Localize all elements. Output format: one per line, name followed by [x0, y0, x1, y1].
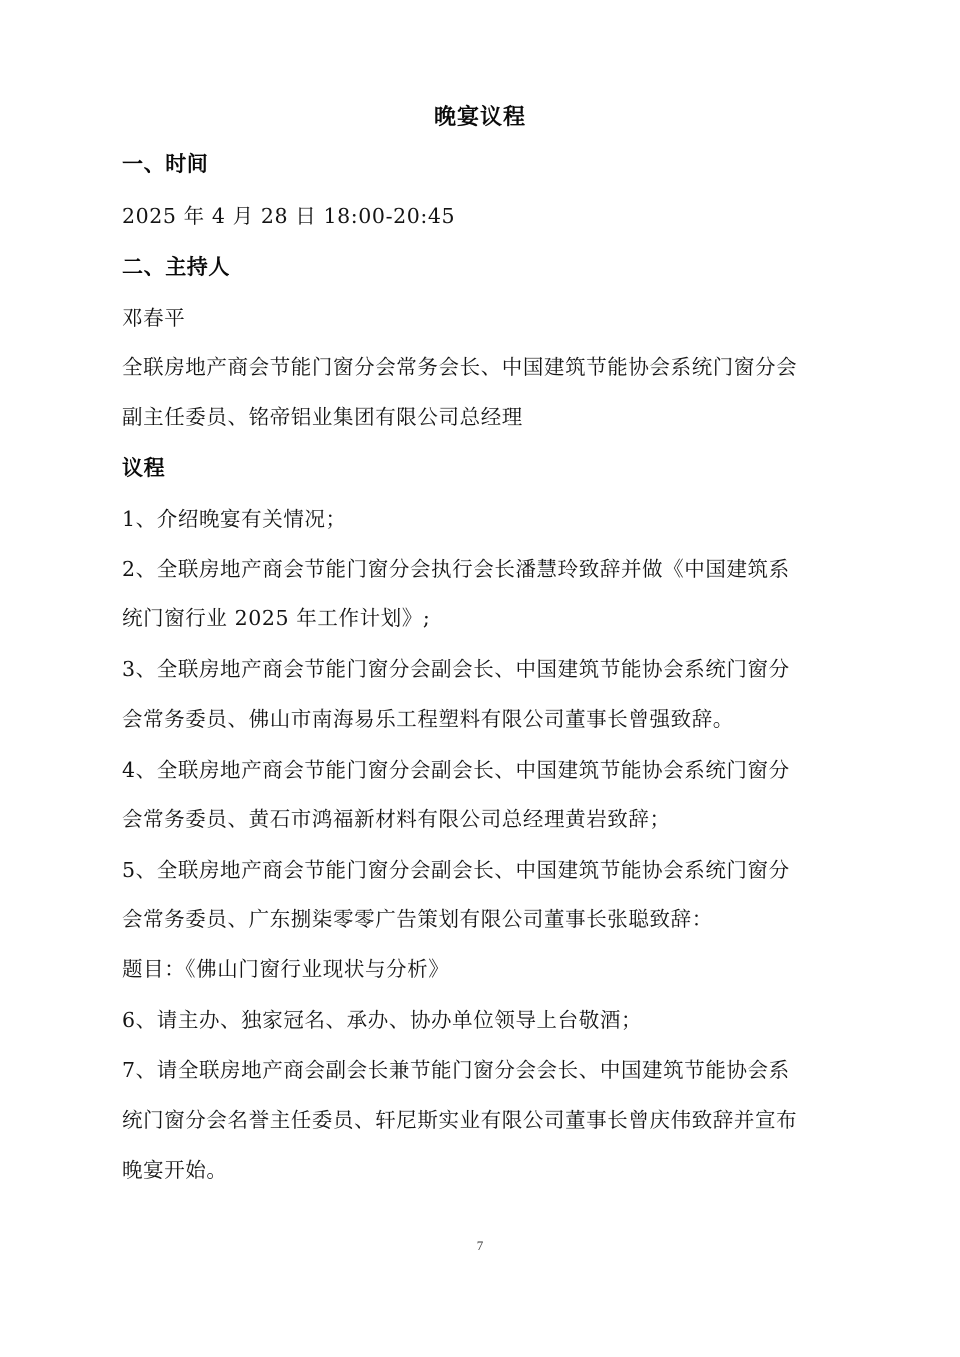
- page-title: 晚宴议程: [0, 100, 960, 131]
- section-heading-agenda: 议程: [122, 455, 165, 481]
- host-title-line: 副主任委员、铭帝铝业集团有限公司总经理: [122, 404, 523, 430]
- event-datetime: 2025 年 4 月 28 日 18:00-20:45: [122, 203, 455, 229]
- agenda-line: 会常务委员、佛山市南海易乐工程塑料有限公司董事长曾强致辞。: [122, 706, 734, 732]
- agenda-line: 统门窗行业 2025 年工作计划》;: [122, 605, 430, 631]
- document-page: 晚宴议程 一、时间 2025 年 4 月 28 日 18:00-20:45 二、…: [0, 0, 960, 1357]
- agenda-line: 题目：《佛山门窗行业现状与分析》: [122, 956, 449, 982]
- agenda-line: 1、介绍晚宴有关情况；: [122, 506, 347, 532]
- agenda-line: 统门窗分会名誉主任委员、轩尼斯实业有限公司董事长曾庆伟致辞并宣布: [122, 1107, 797, 1133]
- section-heading-time: 一、时间: [122, 151, 208, 177]
- agenda-line: 5、全联房地产商会节能门窗分会副会长、中国建筑节能协会系统门窗分: [122, 857, 790, 883]
- page-number: 7: [0, 1238, 960, 1254]
- agenda-line: 6、请主办、独家冠名、承办、协办单位领导上台敬酒；: [122, 1007, 642, 1033]
- host-title-line: 全联房地产商会节能门窗分会常务会长、中国建筑节能协会系统门窗分会: [122, 354, 797, 380]
- section-heading-host: 二、主持人: [122, 254, 230, 280]
- agenda-line: 4、全联房地产商会节能门窗分会副会长、中国建筑节能协会系统门窗分: [122, 757, 790, 783]
- agenda-line: 会常务委员、黄石市鸿福新材料有限公司总经理黄岩致辞；: [122, 806, 671, 832]
- agenda-line: 会常务委员、广东捌柒零零广告策划有限公司董事长张聪致辞：: [122, 906, 713, 932]
- agenda-line: 3、全联房地产商会节能门窗分会副会长、中国建筑节能协会系统门窗分: [122, 656, 790, 682]
- host-name: 邓春平: [122, 305, 185, 331]
- agenda-line: 2、全联房地产商会节能门窗分会执行会长潘慧玲致辞并做《中国建筑系: [122, 556, 790, 582]
- agenda-line: 7、请全联房地产商会副会长兼节能门窗分会会长、中国建筑节能协会系: [122, 1057, 790, 1083]
- agenda-line: 晚宴开始。: [122, 1157, 228, 1183]
